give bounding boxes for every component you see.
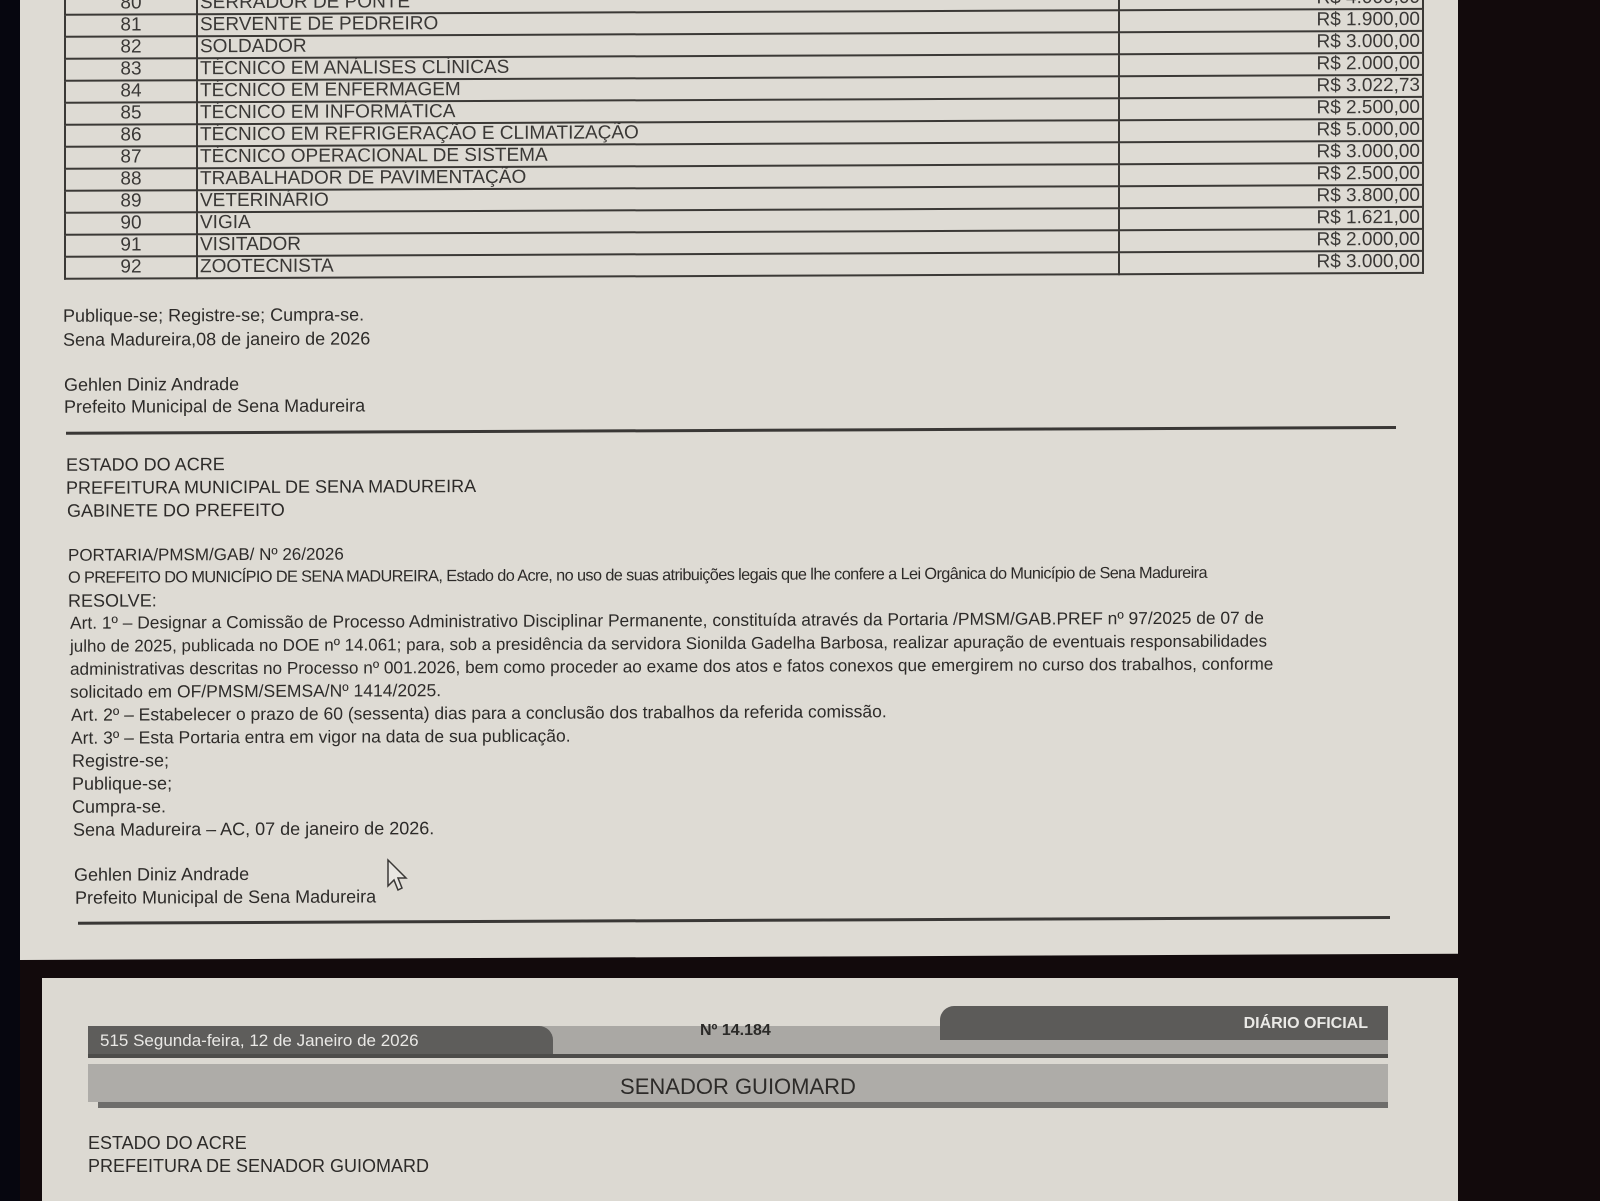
row-number: 84 <box>65 80 197 103</box>
edition-number: Nº 14.184 <box>700 1022 771 1040</box>
row-number: 91 <box>65 234 197 257</box>
row-number: 90 <box>65 212 197 235</box>
background-edge <box>0 0 20 1201</box>
org-state-2: ESTADO DO ACRE <box>88 1132 247 1155</box>
row-number: 92 <box>65 256 197 279</box>
salary-value: R$ 3.000,00 <box>1119 141 1423 164</box>
section-title: SENADOR GUIOMARD <box>88 1064 1388 1102</box>
row-number: 82 <box>65 36 197 59</box>
document-page: 80SERRADOR DE PONTER$ 4.000,0081SERVENTE… <box>20 0 1458 960</box>
row-number: 81 <box>65 14 197 37</box>
salary-value: R$ 1.621,00 <box>1119 207 1423 230</box>
salary-value: R$ 5.000,00 <box>1119 119 1423 142</box>
place-date-2: Sena Madureira – AC, 07 de janeiro de 20… <box>73 817 434 842</box>
salary-value: R$ 2.000,00 <box>1119 229 1423 252</box>
job-title: ZOOTECNISTA <box>197 252 1119 278</box>
signer-name-2: Gehlen Diniz Andrade <box>74 863 249 887</box>
portaria-title: PORTARIA/PMSM/GAB/ Nº 26/2026 <box>68 543 344 567</box>
row-number: 88 <box>65 168 197 191</box>
row-number: 87 <box>65 146 197 169</box>
salary-value: R$ 3.800,00 <box>1119 185 1423 208</box>
row-number: 89 <box>65 190 197 213</box>
salary-value: R$ 1.900,00 <box>1119 9 1423 32</box>
row-number: 80 <box>65 0 197 15</box>
closing-comply: Cumpra-se. <box>72 795 166 818</box>
salary-value: R$ 3.022,73 <box>1119 75 1423 98</box>
page-date: 515 Segunda-feira, 12 de Janeiro de 2026 <box>88 1026 553 1054</box>
art2: Art. 2º – Estabelecer o prazo de 60 (ses… <box>71 700 887 727</box>
section-underline <box>98 1102 1388 1108</box>
resolve-label: RESOLVE: <box>68 589 157 612</box>
org-prefecture-2: PREFEITURA DE SENADOR GUIOMARD <box>88 1155 429 1178</box>
mouse-cursor-icon <box>386 858 410 894</box>
salary-value: R$ 2.500,00 <box>1119 97 1423 120</box>
section-divider <box>66 426 1396 435</box>
closing-register: Registre-se; <box>72 749 169 772</box>
art1-line-3: administrativas descritas no Processo nº… <box>70 653 1273 681</box>
next-page: DIÁRIO OFICIAL 515 Segunda-feira, 12 de … <box>42 978 1458 1201</box>
preamble: O PREFEITO DO MUNICÍPIO DE SENA MADUREIR… <box>68 562 1207 590</box>
publish-order: Publique-se; Registre-se; Cumpra-se. <box>63 303 364 327</box>
salary-value: R$ 3.000,00 <box>1119 31 1423 54</box>
signer-title-2: Prefeito Municipal de Sena Madureira <box>75 885 376 909</box>
header-underline <box>88 1054 1388 1058</box>
salary-value: R$ 2.000,00 <box>1119 53 1423 76</box>
org-prefecture: PREFEITURA MUNICIPAL DE SENA MADUREIRA <box>66 475 476 500</box>
gazette-label: DIÁRIO OFICIAL <box>940 1006 1388 1040</box>
art3: Art. 3º – Esta Portaria entra em vigor n… <box>71 725 571 750</box>
signer-name: Gehlen Diniz Andrade <box>64 373 239 397</box>
closing-publish: Publique-se; <box>72 772 172 795</box>
place-date: Sena Madureira,08 de janeiro de 2026 <box>63 327 370 351</box>
salary-value: R$ 3.000,00 <box>1119 251 1423 274</box>
row-number: 86 <box>65 124 197 147</box>
org-cabinet: GABINETE DO PREFEITO <box>67 499 285 523</box>
salary-value: R$ 2.500,00 <box>1119 163 1423 186</box>
row-number: 85 <box>65 102 197 125</box>
art1-line-4: solicitado em OF/PMSM/SEMSA/Nº 1414/2025… <box>70 679 441 704</box>
row-number: 83 <box>65 58 197 81</box>
table-row: 92ZOOTECNISTAR$ 3.000,00 <box>65 251 1423 279</box>
section-divider-2 <box>78 916 1390 925</box>
org-state: ESTADO DO ACRE <box>66 453 225 477</box>
signer-title: Prefeito Municipal de Sena Madureira <box>64 394 365 418</box>
salary-table: 80SERRADOR DE PONTER$ 4.000,0081SERVENTE… <box>64 0 1424 280</box>
